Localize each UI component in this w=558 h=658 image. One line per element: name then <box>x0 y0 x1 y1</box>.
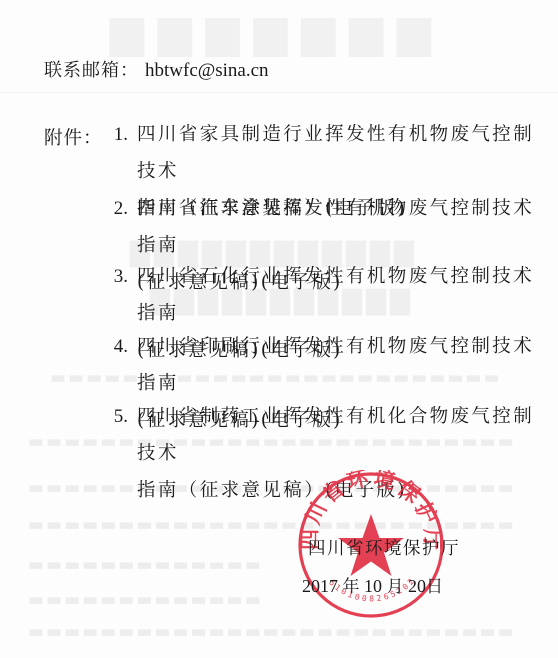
contact-email-line: 联系邮箱：hbtwfc@sina.cn <box>44 56 269 82</box>
attachment-number: 4. <box>104 336 128 358</box>
contact-email-label: 联系邮箱： <box>44 60 139 81</box>
bleed-through-text: ▬▬▬▬▬▬▬▬▬▬▬▬▬ <box>28 555 263 575</box>
date-day: 20 <box>408 576 426 596</box>
bleed-through-text: ▬▬▬▬▬▬▬▬▬▬▬▬▬▬▬▬▬▬▬▬▬▬▬▬▬▬▬ <box>28 622 516 642</box>
bleed-through-rule <box>0 92 558 93</box>
date-year: 2017 <box>302 576 338 596</box>
attachment-title-line1: 四川省汽车涂装挥发性有机物废气控制技术指南 <box>137 190 552 264</box>
attachment-title-line1: 四川省石化行业挥发性有机物废气控制技术指南 <box>137 258 552 332</box>
bleed-through-letterhead: ▆▆▆▆▆▆▆ <box>110 6 445 57</box>
attachment-title-line1: 四川省制药工业挥发性有机化合物废气控制技术 <box>137 398 552 472</box>
attachments-label: 附件： <box>44 124 103 150</box>
issue-date: 2017 年 10 月 20日 <box>302 572 460 597</box>
attachment-number: 5. <box>104 406 128 428</box>
contact-email-address[interactable]: hbtwfc@sina.cn <box>145 60 269 81</box>
date-month-unit: 月 <box>387 577 404 597</box>
date-day-unit: 日 <box>426 577 443 597</box>
bleed-through-text: ▬▬▬▬▬▬▬▬▬▬▬▬▬ <box>28 590 263 610</box>
signature-block: 四川省环境保护厅 2017 年 10 月 20日 <box>308 535 460 597</box>
attachment-title-line1: 四川省家具制造行业挥发性有机物废气控制技术 <box>137 116 552 190</box>
attachment-number: 2. <box>104 198 128 220</box>
scanned-document-page: ▆▆▆▆▆▆▆ ▇▇▇▇▇▇▇▇▇▇▇▇ ▇▇▇▇▇▇▇▇▇▇▇ ▬▬▬▬▬▬▬… <box>0 0 558 658</box>
attachment-number: 3. <box>104 266 128 288</box>
date-year-unit: 年 <box>343 577 360 597</box>
issuing-organization: 四川省环境保护厅 <box>308 535 460 560</box>
attachment-title-line1: 四川省印刷行业挥发性有机物废气控制技术指南 <box>137 328 552 402</box>
date-month: 10 <box>364 576 382 596</box>
attachment-number: 1. <box>104 124 128 146</box>
